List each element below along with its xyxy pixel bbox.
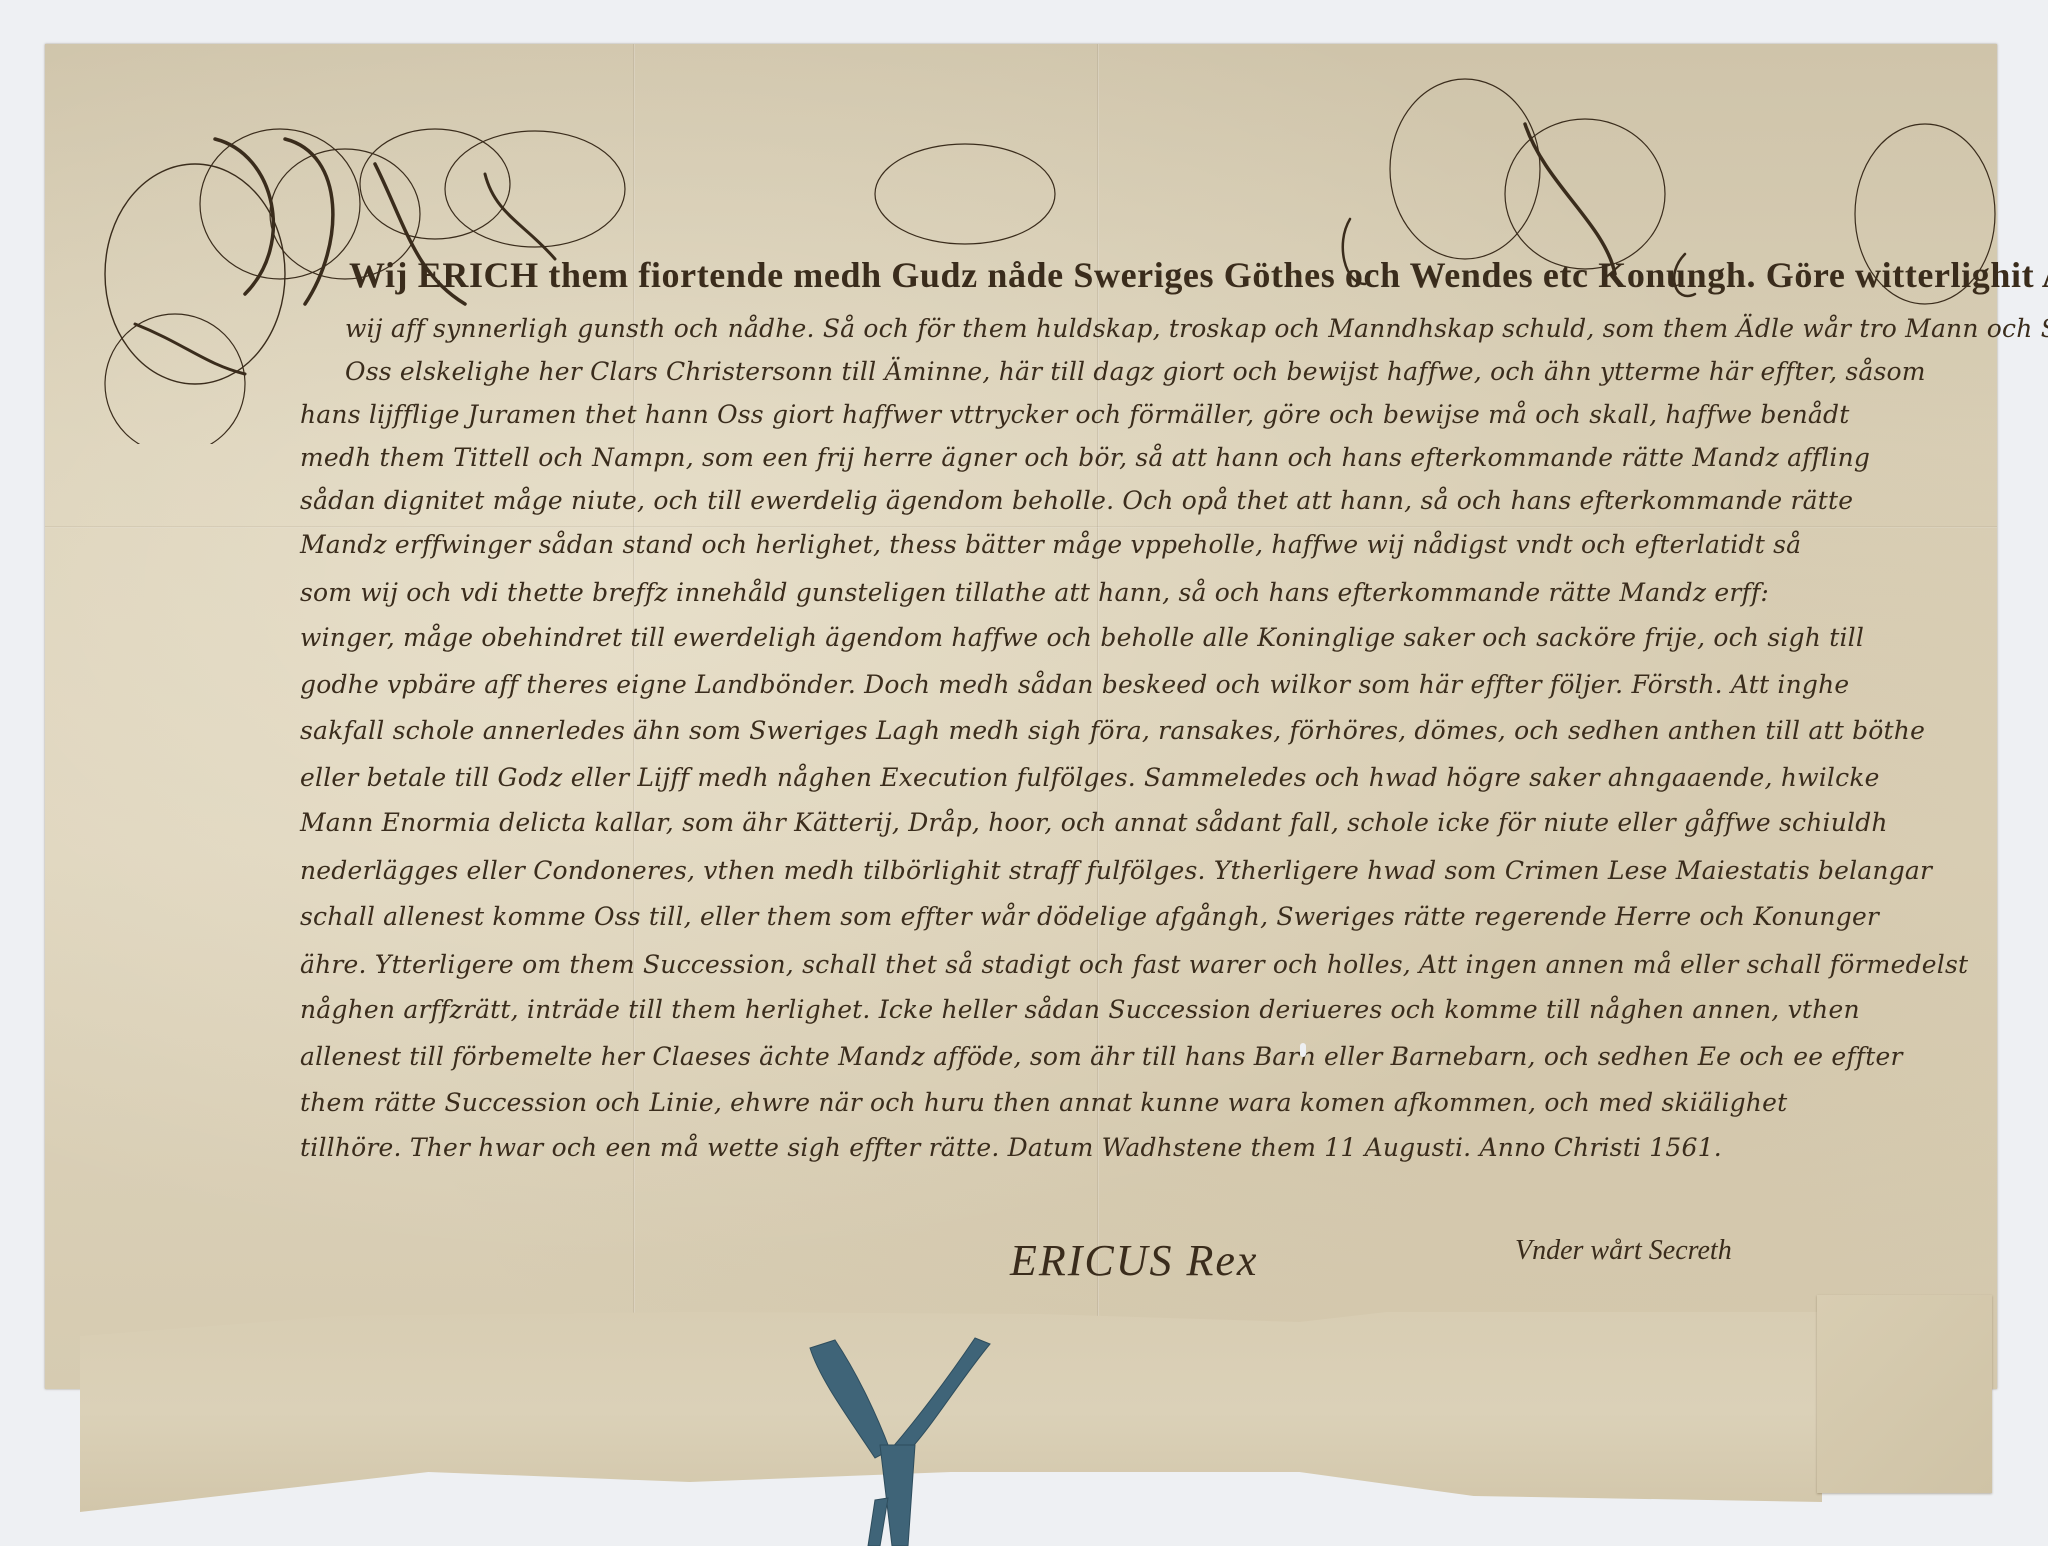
text-line: godhe vpbäre aff theres eigne Landbönder… xyxy=(300,670,1849,699)
text-line: tillhöre. Ther hwar och een må wette sig… xyxy=(300,1133,1722,1162)
folded-corner xyxy=(1817,1295,1992,1493)
text-line: them rätte Succession och Linie, ehwre n… xyxy=(300,1088,1787,1117)
text-line: winger, måge obehindret till ewerdeligh … xyxy=(300,623,1864,652)
fold-line xyxy=(45,526,1997,528)
text-line: nederlägges eller Condoneres, vthen medh… xyxy=(300,856,1932,885)
folded-plica-flap xyxy=(80,1312,1822,1512)
countersign-note: Vnder wårt Secreth xyxy=(1515,1235,1732,1267)
text-line: någhen arffzrätt, inträde till them herl… xyxy=(300,995,1860,1024)
text-line: ähre. Ytterligere om them Succession, sc… xyxy=(300,950,1968,979)
text-line: schall allenest komme Oss till, eller th… xyxy=(300,902,1879,931)
text-line: medh them Tittell och Nampn, som een fri… xyxy=(300,443,1870,472)
text-line: allenest till förbemelte her Claeses äch… xyxy=(300,1042,1903,1071)
royal-signature: ERICUS Rex xyxy=(1010,1235,1258,1286)
parchment-hole xyxy=(1300,1043,1306,1057)
document-heading: Wij ERICH them fiortende medh Gudz nåde … xyxy=(349,254,2048,296)
text-line: wij aff synnerligh gunsth och nådhe. Så … xyxy=(345,314,2048,343)
text-line: Oss elskelighe her Clars Christersonn ti… xyxy=(345,357,1926,386)
text-line: hans lijfflige Juramen thet hann Oss gio… xyxy=(300,400,1849,429)
text-line: eller betale till Godz eller Lijff medh … xyxy=(300,763,1880,792)
text-line: sakfall schole annerledes ähn som Swerig… xyxy=(300,716,1925,745)
text-line: sådan dignitet måge niute, och till ewer… xyxy=(300,486,1853,515)
text-line: som wij och vdi thette breffz innehåld g… xyxy=(300,578,1769,607)
text-line: Mann Enormia delicta kallar, som ähr Kät… xyxy=(300,808,1888,837)
text-line: Mandz erffwinger sådan stand och herligh… xyxy=(300,530,1801,559)
